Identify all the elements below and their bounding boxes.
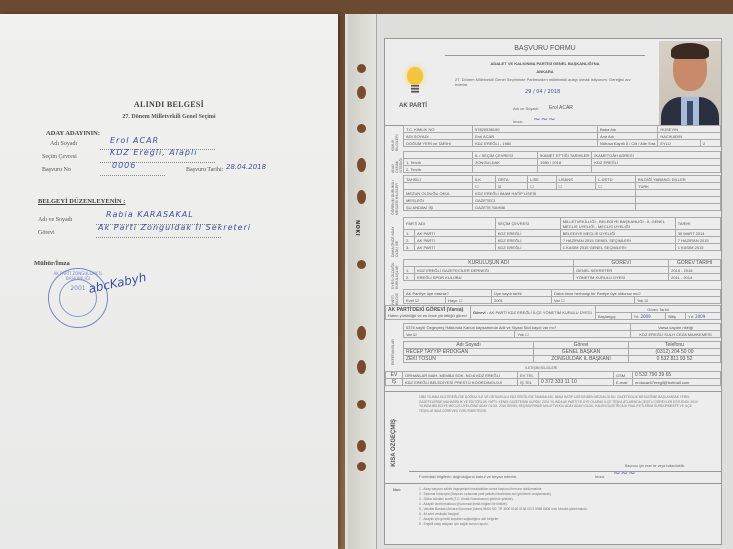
cell: 1. (404, 267, 415, 274)
name-value: Erol ACAR (110, 136, 159, 145)
issuer-role-label: Görevi (38, 230, 55, 236)
cell: BELEDİYE MECLİS ÜYELİĞİ (560, 230, 675, 237)
cell (636, 190, 721, 197)
photo-tie (687, 101, 693, 125)
cell: GSM (614, 372, 633, 379)
receipt-title: ALINDI BELGESİ (0, 100, 338, 109)
cell: 5376 sayılı Özgeçmiş Hakkında Kanun kaps… (404, 324, 631, 331)
table-row: T.C. KİMLİK NO 57820536190 Baba Adı HÜSE… (404, 126, 721, 133)
cell: 1. (404, 230, 415, 237)
form-title: BAŞVURU FORMU (445, 45, 645, 56)
table-row: ☐ ☑ ☐ ☐ ☐ TÜRK (404, 183, 721, 190)
cell: ORTA (495, 176, 528, 183)
label: Var (406, 332, 412, 337)
cell: EV TEL (518, 372, 539, 379)
cell: HÜSEYİN (658, 126, 721, 133)
cell: 2015 - 2018 (669, 267, 721, 274)
cell: AK PARTİ (415, 237, 496, 244)
declaration-sign-label: İmza: (595, 474, 605, 479)
cell: İL / SEÇİM ÇEVRESİ (473, 152, 538, 159)
cell: GÖREV TARİHİ (669, 260, 721, 267)
cell: Görev Tarihi (596, 306, 721, 313)
divider (385, 483, 721, 484)
duty-table: AK PARTİ'DEKİ GÖREVİ (Varsa)Halen yürütt… (385, 305, 721, 320)
cell: Yıl: 2009 (631, 313, 666, 320)
cell: İLK (473, 176, 496, 183)
member-yes-checkbox[interactable]: Evet ☑ (404, 297, 446, 304)
table-row: 1. Tercih ZONGULDAK 1980 / 2018 KDZ EREĞ… (404, 159, 721, 166)
bio-section-label: KISA ÖZGEÇMİŞ (391, 419, 397, 467)
cell: GAZETE SAHİBİ (473, 204, 636, 211)
label: Yok (637, 298, 644, 303)
cell: Yıl: 2009 (686, 313, 721, 320)
cell: 2. (404, 237, 415, 244)
table-row: MEZUN OLDUĞU OKUL KDZ EREĞLİ İMAM HATİP … (404, 190, 721, 197)
label: Yıl (688, 314, 693, 319)
label: Yıl (634, 314, 639, 319)
other-yok-checkbox[interactable]: Yok ☑ (634, 297, 720, 304)
legal-table: 5376 sayılı Özgeçmiş Hakkında Kanun kaps… (403, 323, 721, 338)
table-row: PARTİ ADI SEÇİM ÇEVRESİ MİLLETVEKİLLİĞİ … (404, 218, 721, 230)
cell: Bitiş (666, 313, 686, 320)
issuer-role-value: Ak Parti Zonguldak İl Sekreteri (98, 223, 251, 232)
cell (473, 166, 538, 173)
cell: AK PARTİ (415, 230, 496, 237)
cell: SEÇİM ÇEVRESİ (495, 218, 560, 230)
cell: Nüfusa Kayıtlı İl / Cilt / Aile Sıra (598, 140, 658, 147)
cell: erolacar67eregli@hotmail.com (633, 379, 721, 386)
form-city: ANKARA (445, 69, 645, 74)
cell: GÖREVİ (574, 260, 669, 267)
table-row: 2. EREĞLİ SPOR KULÜBÜ YÖNETİM KURULU ÜYE… (404, 274, 721, 281)
references-table: Adı Soyadı Görevi Telefonu RECEP TAYYİP … (403, 341, 721, 363)
table-row: ZEKİ TOSUN ZONGULDAK İL BAŞKANI 0 532 81… (404, 356, 721, 363)
cell: KDZ EREĞLİ SULH CEZA MAHKEMESİ (631, 331, 721, 338)
photo-hair (671, 43, 709, 59)
table-row: 5376 sayılı Özgeçmiş Hakkında Kanun kaps… (404, 324, 721, 331)
preferences-section-label: ADAY OLMAK İSTEDİĞİ (391, 151, 403, 173)
legal-yok-checkbox[interactable]: Yok ☐ (515, 331, 631, 338)
cell: 1. Tercih (404, 159, 473, 166)
party-table: AK Parti'ye üye misiniz? Üye kaydı tarih… (403, 289, 721, 304)
cell: PARTİ ADI (404, 218, 496, 230)
form-name-label: Adı ve Soyadı: (513, 106, 539, 111)
table-row: ŞU ANDAKİ İŞİ GAZETE SAHİBİ (404, 204, 721, 211)
table-row: RECEP TAYYİP ERDOĞAN GENEL BAŞKAN (0312)… (404, 349, 721, 356)
preferences-table: İL / SEÇİM ÇEVRESİ İKAMET ETTİĞİ TARİHLE… (403, 151, 721, 173)
cell: 0 532 790 39 65 (633, 372, 721, 379)
notes-list: 1 - Aday başvuru sahibi özgeçmişini imza… (419, 487, 709, 527)
cell: KDZ EREĞLİ İMAM HATİP LİSESİ (473, 190, 636, 197)
app-date-label: Başvuru Tarihi: (186, 167, 223, 173)
cell: Görevi : AK PARTİ KDZ EREĞLİ İLÇE YÖNETİ… (471, 306, 596, 320)
app-no-value: 0006 (112, 161, 136, 170)
start-year: 2009 (640, 314, 650, 319)
lightbulb-icon (407, 67, 423, 85)
cell: ORHANLAR MAH. MEMBA SOK. NO:6 KDZ EREĞLİ (403, 372, 518, 379)
cell: Daha önce herhangi bir Partiye üye oldun… (552, 290, 721, 297)
cell: 1 KASIM 2015 GENEL SEÇİMLERİ (560, 244, 675, 251)
punch-hole (357, 64, 366, 73)
cell: GENEL BAŞKAN (534, 349, 629, 356)
cell: HACIKADIN (658, 133, 721, 140)
divider (385, 391, 721, 392)
cell: 0 532 811 93 52 (629, 356, 721, 363)
references-section-label: REFERANSLAR (391, 341, 395, 365)
cell: AK PARTİ'DEKİ GÖREVİ (Varsa)Halen yürütt… (386, 306, 471, 320)
cell: KDZ EREĞLİ (495, 244, 560, 251)
issuer-name-value: Rabia KARASAKAL (106, 210, 194, 219)
cell: 2011 - 2014 (669, 274, 721, 281)
cell: LİSANS (556, 176, 596, 183)
cell: 2 (701, 140, 721, 147)
applicant-photo (659, 41, 721, 125)
punch-hole (357, 326, 366, 340)
cell: ZONGULDAK İL BAŞKANI (534, 356, 629, 363)
cell (636, 204, 721, 211)
end-year: 2009 (695, 314, 705, 319)
cell: MESLEĞİ (404, 197, 473, 204)
party-stamp: AK PARTİ ZONGULDAK İL BAŞKANLIĞI 2001 (48, 268, 108, 328)
cell: ZEKİ TOSUN (404, 356, 534, 363)
cell: (0312) 204 50 00 (629, 349, 721, 356)
cell: Telefonu (629, 342, 721, 349)
table-row: Var ☑ Yok ☐ KDZ EREĞLİ SULH CEZA MAHKEME… (404, 331, 721, 338)
issuer-section-heading: BELGEYİ DÜZENLEYENİN : (38, 198, 125, 205)
checkbox-lustu[interactable]: ☐ (596, 183, 636, 190)
cell: E-mail (614, 379, 633, 386)
form-addressee: ADALET VE KALKINMA PARTİSİ GENEL BAŞKANL… (445, 61, 645, 66)
receipt-subtitle: 27. Dönem Milletvekili Genel Seçimi (0, 114, 338, 120)
label: Evet (406, 298, 414, 303)
bio-footnote: Başvuru için eser ler veya kullanılabili… (625, 464, 685, 468)
cell: 2. (404, 274, 415, 281)
cell: 30 MART 2014 (675, 230, 720, 237)
cell: MEZUN OLDUĞU OKUL (404, 190, 473, 197)
label: Yok (517, 332, 524, 337)
app-date-value: 28.04.2018 (226, 163, 266, 171)
duty-value: AK PARTİ KDZ EREĞLİ İLÇE YÖNETİM KURULU … (489, 310, 592, 315)
note-item: 8 - Engelli aday adayları için sağlık ku… (419, 522, 709, 527)
candidacy-table: PARTİ ADI SEÇİM ÇEVRESİ MİLLETVEKİLLİĞİ … (403, 217, 721, 251)
cell: 2. Tercih (404, 166, 473, 173)
declaration-signature: ~~~ (613, 469, 636, 479)
cell (404, 152, 473, 159)
lightbulb-base-icon (411, 85, 419, 93)
issuer-name-label: Adı ve Soyadı (38, 217, 72, 223)
party-section-label: PARTİ BİLGİSİ (391, 289, 399, 305)
cell: Baba Adı (598, 126, 658, 133)
cell: TÜRK (636, 183, 721, 190)
duty-field-label: Görevi : (473, 310, 488, 315)
cell (404, 183, 473, 190)
checkbox-lise[interactable]: ☐ (528, 183, 556, 190)
legal-var-checkbox[interactable]: Var ☑ (404, 331, 515, 338)
punch-hole (357, 158, 366, 172)
cell: EREĞLİ SPOR KULÜBÜ (415, 274, 574, 281)
cell (538, 166, 592, 173)
cell: Varsa kaydın nitelği (631, 324, 721, 331)
notes-label: Not: (393, 487, 401, 492)
sleeve-brand: NOKI (354, 220, 360, 236)
cell: TARİHİ (675, 218, 720, 230)
form-date: 29 / 04 / 2018 (525, 89, 560, 95)
seal-label: Mühür/İmza (34, 260, 70, 267)
contact-table: EV ORHANLAR MAH. MEMBA SOK. NO:6 KDZ ERE… (385, 371, 721, 386)
table-row: 2. AK PARTİ KDZ EREĞLİ 7 HAZİRAN 2015 GE… (404, 237, 721, 244)
cell: AK PARTİ (415, 244, 496, 251)
cell: İŞ TEL (518, 379, 539, 386)
table-row: Adı Soyadı Görevi Telefonu (404, 342, 721, 349)
form-name-value: Erol ACAR (549, 105, 573, 111)
applicant-signature: ~~~ (533, 115, 556, 125)
table-row: 1. AK PARTİ KDZ EREĞLİ BELEDİYE MECLİS Ü… (404, 230, 721, 237)
education-section-label: ÖĞRENİM DURUMU / MESLEKİ BİLGİLER (391, 175, 399, 215)
cell: AK Parti'ye üye misiniz? (404, 290, 492, 297)
cell: L.ÜSTÜ (596, 176, 636, 183)
district-label: Seçim Çevresi (42, 154, 77, 160)
application-form: AK PARTİ BAŞVURU FORMU ADALET VE KALKINM… (384, 38, 722, 545)
cell: Ana Adı (598, 133, 658, 140)
candidate-section-heading: ADAY ADAYININ: (46, 130, 100, 137)
ak-parti-logo: AK PARTİ (395, 59, 431, 119)
cell: İKAMETGÂH ADRESİ (592, 152, 721, 159)
cell: KDZ EREĞLİ (495, 237, 560, 244)
table-row: KURULUŞUN ADI GÖREVİ GÖREV TARİHİ (404, 260, 721, 267)
cell: Erol ACAR (473, 133, 598, 140)
cell: EV (386, 372, 403, 379)
checkbox-lisans[interactable]: ☐ (556, 183, 596, 190)
cell: DOĞUM YERİ ve TARİHİ (404, 140, 473, 147)
other-var-checkbox[interactable]: Var ☐ (552, 297, 635, 304)
table-row: İŞ KDZ EREĞLİ BELEDİYESİ PRESTİJ KOORDİN… (386, 379, 721, 386)
declaration-text: Formdaki bilgilerin doğruluğunu kabul ve… (419, 474, 517, 479)
name-label: Adı Soyadı (50, 141, 77, 147)
candidacy-section-label: DAHA ÖNCE ADAY OLDU İSE (391, 217, 399, 257)
bio-text: 1980 yılında KDZ Ereğli'de doğdu. İlk ve… (419, 395, 709, 413)
cell: BİLDİĞİ YABANCI DİLLER (636, 176, 721, 183)
cell: T.C. KİMLİK NO (404, 126, 473, 133)
cell: 57820536190 (473, 126, 598, 133)
cell: KDZ EREĞLİ (592, 159, 721, 166)
cell: YÖNETİM KURULU ÜYESİ (574, 274, 669, 281)
table-row: DOĞUM YERİ ve TARİHİ KDZ EREĞLİ - 1980 N… (404, 140, 721, 147)
checkbox-ilk[interactable]: ☐ (473, 183, 496, 190)
table-row: MESLEĞİ GAZETECİ (404, 197, 721, 204)
cell: Başlangıç (596, 313, 632, 320)
cell: KURULUŞUN ADI (404, 260, 574, 267)
cell: ZONGULDAK (473, 159, 538, 166)
cell: İŞ (386, 379, 403, 386)
punch-hole (357, 462, 366, 471)
cell: Adı Soyadı (404, 342, 534, 349)
cell: 7 HAZİRAN 2015 (675, 237, 720, 244)
divider (409, 471, 721, 472)
table-row: EV ORHANLAR MAH. MEMBA SOK. NO:6 KDZ ERE… (386, 372, 721, 379)
organizations-table: KURULUŞUN ADI GÖREVİ GÖREV TARİHİ 1. KDZ… (403, 259, 721, 281)
cell: KDZ EREĞLİ BELEDİYESİ PRESTİJ KOORDİNOLO… (403, 379, 518, 386)
logo-text: AK PARTİ (395, 103, 431, 109)
cell: KDZ EREĞLİ - 1980 (473, 140, 598, 147)
table-row: 1. KDZ EREĞLİ GAZETECİLER DERNEĞİ GENEL … (404, 267, 721, 274)
checkbox-orta[interactable]: ☑ (495, 183, 528, 190)
cell: 1980 / 2018 (538, 159, 592, 166)
table-row: 2. Tercih (404, 166, 721, 173)
receipt-document: ALINDI BELGESİ 27. Dönem Milletvekili Ge… (0, 14, 338, 549)
cell: ŞU ANDAKİ İŞİ (404, 204, 473, 211)
cell: Üye kaydı tarihi (492, 290, 552, 297)
table-row: İL / SEÇİM ÇEVRESİ İKAMET ETTİĞİ TARİHLE… (404, 152, 721, 159)
cell: GAZETECİ (473, 197, 636, 204)
punch-hole (357, 260, 366, 269)
identity-table: T.C. KİMLİK NO 57820536190 Baba Adı HÜSE… (403, 125, 721, 147)
table-row: Evet ☑ Hayır ☐ 2001 Var ☐ Yok ☑ (404, 297, 721, 304)
district-value: KDZ Ereğli, Alaplı (110, 148, 197, 157)
cell: EYLÜ (658, 140, 701, 147)
table-row: AK Parti'ye üye misiniz? Üye kaydı tarih… (404, 290, 721, 297)
cell (636, 197, 721, 204)
cell: ADI SOYADI (404, 133, 473, 140)
cell: GENEL SEKRETER (574, 267, 669, 274)
table-row: ADI SOYADI Erol ACAR Ana Adı HACIKADIN (404, 133, 721, 140)
cell (592, 166, 721, 173)
cell: 7 HAZİRAN 2015 GENEL SEÇİMLERİ (560, 237, 675, 244)
label: Var (554, 298, 560, 303)
cell: MİLLETVEKİLLİĞİ - BELEDİYE BAŞKANLIĞI - … (560, 218, 675, 230)
punch-hole (357, 86, 366, 99)
cell: KDZ EREĞLİ (495, 230, 560, 237)
cell: Görevi (534, 342, 629, 349)
cell: RECEP TAYYİP ERDOĞAN (404, 349, 534, 356)
cell: 2001 (492, 297, 552, 304)
cell: 0 372 333 11 10 (539, 379, 614, 386)
duty-sublabel: Halen yürüttüğü ve en önce yürüttüğü gör… (388, 313, 467, 318)
education-table: TAHSİLİ İLK ORTA LİSE LİSANS L.ÜSTÜ BİLD… (403, 175, 721, 211)
cell: İKAMET ETTİĞİ TARİHLER (538, 152, 592, 159)
cell: 1 KASIM 2015 (675, 244, 720, 251)
table-row: TAHSİLİ İLK ORTA LİSE LİSANS L.ÜSTÜ BİLD… (404, 176, 721, 183)
cell: TAHSİLİ (404, 176, 473, 183)
form-body: 27. Dönem Milletvekili Genel Seçiminde P… (455, 77, 635, 87)
app-no-label: Başvuru No (42, 167, 71, 173)
form-sign-label: İmza: (513, 119, 523, 124)
contact-header: İLETİŞİM BİLGİLERİ (525, 366, 557, 370)
punch-hole (357, 360, 366, 374)
organizations-section-label: ÜYESİ OLDUĞU KURULUŞLAR (391, 259, 399, 289)
table-row: 3. AK PARTİ KDZ EREĞLİ 1 KASIM 2015 GENE… (404, 244, 721, 251)
punch-hole (357, 400, 366, 409)
member-no-checkbox[interactable]: Hayır ☐ (446, 297, 492, 304)
punch-hole (357, 440, 366, 452)
punch-hole (357, 190, 366, 204)
table-row: AK PARTİ'DEKİ GÖREVİ (Varsa)Halen yürütt… (386, 306, 721, 313)
cell: LİSE (528, 176, 556, 183)
identity-section-label: KİMLİK BİLGİLERİ (391, 127, 399, 151)
cell: 3. (404, 244, 415, 251)
cell (539, 372, 614, 379)
punch-hole (357, 124, 366, 133)
label: Hayır (448, 298, 458, 303)
cell: KDZ EREĞLİ GAZETECİLER DERNEĞİ (415, 267, 574, 274)
